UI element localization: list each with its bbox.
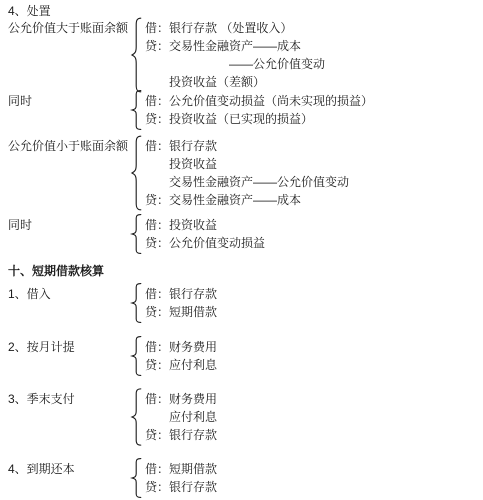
journal-line-continuation: 投资收益 (145, 155, 349, 173)
journal-line-debit: 借：财务费用 (145, 338, 217, 356)
entry-group-fv-less: 公允价值小于账面余额 借：银行存款 投资收益 交易性金融资产——公允价值变动 贷… (8, 137, 349, 209)
entry-group-monthly-accrual: 2、按月计提 借：财务费用 贷：应付利息 (8, 338, 217, 374)
journal-line-debit: 借：财务费用 (145, 390, 217, 408)
journal-line-continuation: 应付利息 (145, 408, 217, 426)
curly-brace-icon (130, 460, 142, 496)
entry-group-borrow: 1、借入 借：银行存款 贷：短期借款 (8, 285, 217, 321)
journal-line-credit: 贷：应付利息 (145, 356, 217, 374)
row-label: 3、季末支付 (8, 390, 130, 444)
journal-entries: 借：投资收益 贷：公允价值变动损益 (142, 216, 265, 252)
journal-line-credit: 贷：公允价值变动损益 (145, 234, 265, 252)
journal-entries: 借：财务费用 贷：应付利息 (142, 338, 217, 374)
row-label: 1、借入 (8, 285, 130, 321)
entry-group-repay-at-maturity: 4、到期还本 借：短期借款 贷：银行存款 (8, 460, 217, 496)
journal-line-debit: 借：银行存款 （处置收入） (145, 19, 325, 37)
curly-brace-icon (130, 137, 142, 209)
journal-line-credit: 贷：银行存款 (145, 478, 217, 496)
journal-line-credit: 贷：投资收益（已实现的损益） (145, 110, 373, 128)
entry-group-simultaneous: 同时 借：公允价值变动损益（尚未实现的损益） 贷：投资收益（已实现的损益） (8, 92, 373, 128)
curly-brace-icon (130, 19, 142, 91)
entry-group-simultaneous: 同时 借：投资收益 贷：公允价值变动损益 (8, 216, 265, 252)
curly-brace-icon (130, 216, 142, 252)
journal-line-debit: 借：投资收益 (145, 216, 265, 234)
journal-line-debit: 借：公允价值变动损益（尚未实现的损益） (145, 92, 373, 110)
section-header-short-term-loans: 十、短期借款核算 (8, 262, 104, 280)
journal-entries: 借：公允价值变动损益（尚未实现的损益） 贷：投资收益（已实现的损益） (142, 92, 373, 128)
journal-line-continuation: ——公允价值变动 (145, 55, 325, 73)
journal-entries: 借：短期借款 贷：银行存款 (142, 460, 217, 496)
journal-entries: 借：银行存款 投资收益 交易性金融资产——公允价值变动 贷：交易性金融资产——成… (142, 137, 349, 209)
journal-line-continuation: 投资收益（差额） (145, 73, 325, 91)
journal-entries: 借：财务费用 应付利息 贷：银行存款 (142, 390, 217, 444)
journal-line-credit: 贷：银行存款 (145, 426, 217, 444)
entry-group-quarter-end-payment: 3、季末支付 借：财务费用 应付利息 贷：银行存款 (8, 390, 217, 444)
curly-brace-icon (130, 285, 142, 321)
journal-line-credit: 贷：交易性金融资产——成本 (145, 191, 349, 209)
row-label: 同时 (8, 216, 130, 252)
journal-entries: 借：银行存款 贷：短期借款 (142, 285, 217, 321)
row-label: 4、到期还本 (8, 460, 130, 496)
row-label: 2、按月计提 (8, 338, 130, 374)
journal-line-credit: 贷：交易性金融资产——成本 (145, 37, 325, 55)
row-label: 公允价值小于账面余额 (8, 137, 130, 209)
curly-brace-icon (130, 92, 142, 128)
row-label: 公允价值大于账面余额 (8, 19, 130, 91)
row-label: 同时 (8, 92, 130, 128)
journal-line-debit: 借：银行存款 (145, 285, 217, 303)
entry-group-fv-greater: 公允价值大于账面余额 借：银行存款 （处置收入） 贷：交易性金融资产——成本 —… (8, 19, 325, 91)
journal-line-credit: 贷：短期借款 (145, 303, 217, 321)
notes-document: 4、处置 公允价值大于账面余额 借：银行存款 （处置收入） 贷：交易性金融资产—… (0, 0, 483, 500)
journal-line-debit: 借：银行存款 (145, 137, 349, 155)
journal-line-continuation: 交易性金融资产——公允价值变动 (145, 173, 349, 191)
section-header-disposal: 4、处置 (8, 2, 51, 20)
curly-brace-icon (130, 338, 142, 374)
curly-brace-icon (130, 390, 142, 444)
journal-line-debit: 借：短期借款 (145, 460, 217, 478)
journal-entries: 借：银行存款 （处置收入） 贷：交易性金融资产——成本 ——公允价值变动 投资收… (142, 19, 325, 91)
